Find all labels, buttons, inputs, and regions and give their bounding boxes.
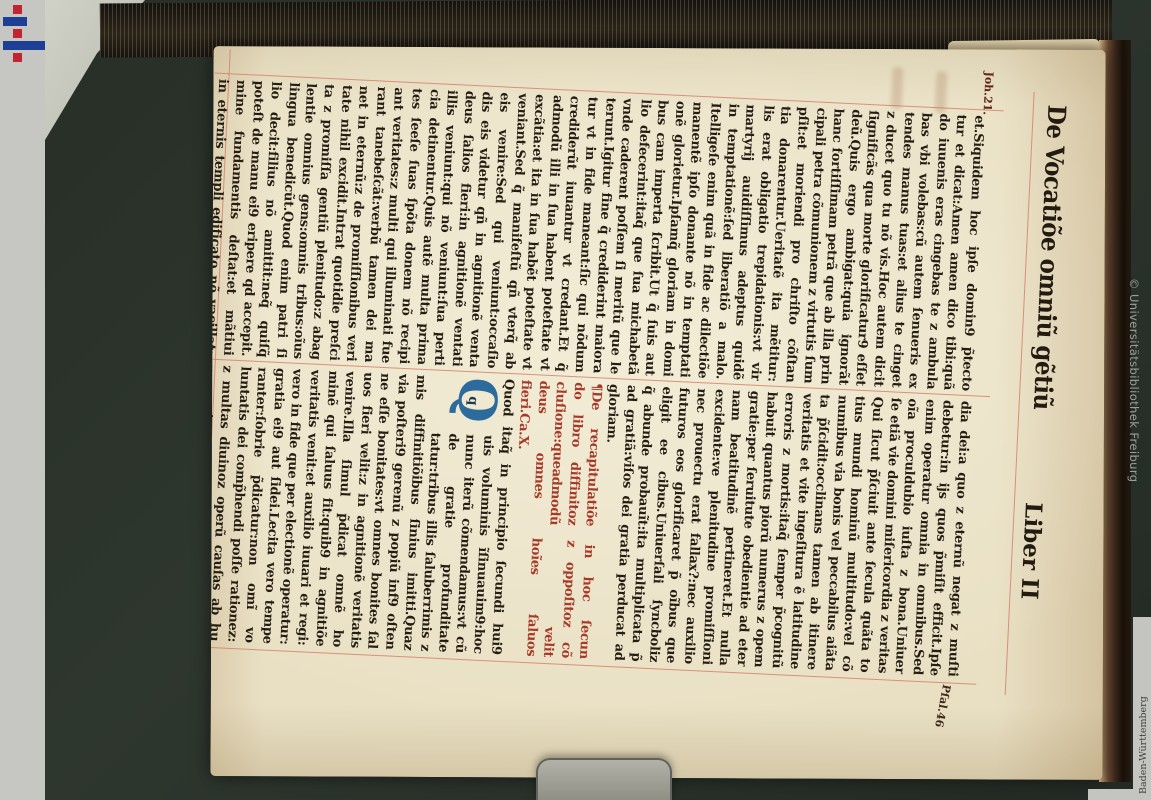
margin-note-psal46: Pſal.46 xyxy=(932,683,953,728)
page-text-block: De Vocatiõe omniũ gẽtiũ Liber II Joh.21.… xyxy=(210,46,1075,715)
library-logo xyxy=(0,2,45,64)
page-header-book: Liber II xyxy=(1015,502,1047,600)
copyright-label: © Universitätsbibliothek Freiburg xyxy=(1127,278,1141,482)
scanner-side-bar xyxy=(0,0,45,800)
logo-red-square xyxy=(13,53,22,62)
text-column-2: dia dei:a quo z eternũ negat z muſtidebe… xyxy=(210,364,973,677)
logo-blue-bar xyxy=(3,41,45,50)
ink-showthrough-smudge xyxy=(935,71,948,113)
logo-blue-bar xyxy=(3,17,27,26)
initial-guide-letter: q xyxy=(465,396,480,406)
logo-red-square xyxy=(13,5,22,14)
logo-red-square xyxy=(13,29,22,38)
region-label: Baden-Württemberg xyxy=(1138,696,1149,794)
margin-note-joh21: Joh.21. xyxy=(980,71,995,115)
manuscript-page: De Vocatiõe omniũ gẽtiũ Liber II Joh.21.… xyxy=(210,46,1105,780)
ink-showthrough-smudge xyxy=(891,67,904,109)
page-header-title: De Vocatiõe omniũ gẽtiũ xyxy=(1027,104,1071,410)
scan-viewer: De Vocatiõe omniũ gẽtiũ Liber II Joh.21.… xyxy=(0,0,1151,800)
illuminated-initial-Q: Q q xyxy=(445,376,497,428)
text-column-1: et.Siquidem hoc ipſe domin9 p̃tectotur e… xyxy=(210,78,987,392)
chapter-rubric: ¶De recapitulatiõe in hoc ſecundo libro … xyxy=(504,379,605,659)
column2-body-start: dia dei:a quo z eternũ negat z muſtidebe… xyxy=(591,384,973,677)
page-holder-clamp xyxy=(536,758,672,800)
chapter-initial-block: Q q uis voluminis ĩſinuauim9:hocnunc ite… xyxy=(210,364,499,654)
